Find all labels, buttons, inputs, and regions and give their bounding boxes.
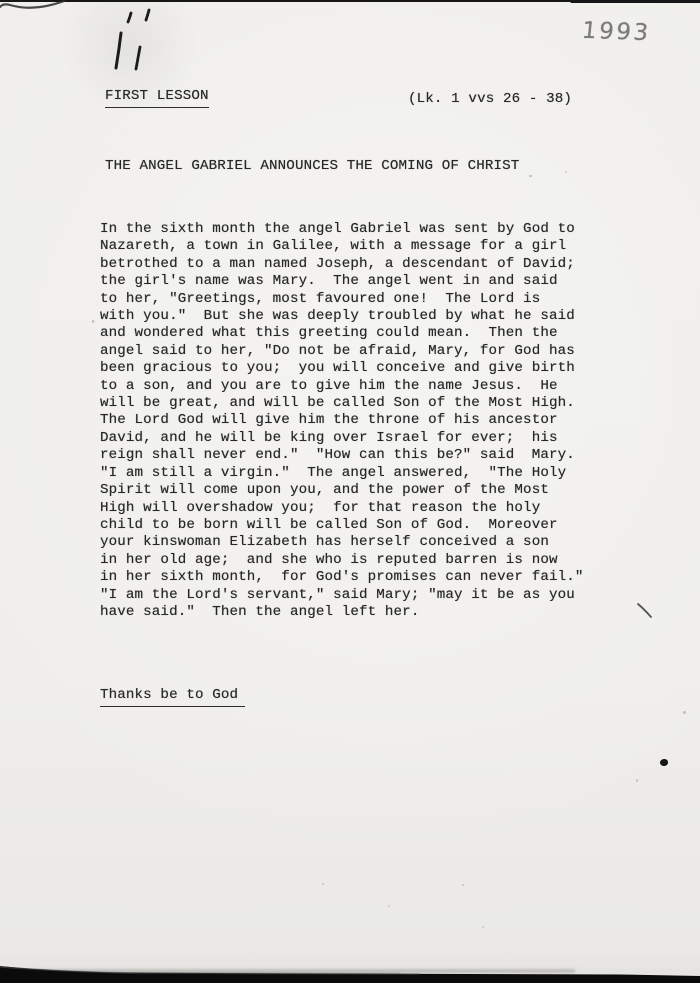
handwritten-year: 1993 bbox=[581, 18, 652, 46]
scan-speck bbox=[92, 320, 94, 323]
scan-speck bbox=[388, 905, 390, 907]
lesson-body: In the sixth month the angel Gabriel was… bbox=[100, 221, 584, 621]
reading-title: THE ANGEL GABRIEL ANNOUNCES THE COMING O… bbox=[105, 158, 519, 174]
scan-speck bbox=[565, 171, 567, 173]
closing-response: Thanks be to God bbox=[100, 687, 245, 707]
ink-blot bbox=[660, 759, 668, 766]
scan-speck bbox=[482, 926, 484, 928]
pen-slash-mark bbox=[630, 598, 660, 624]
scanned-document-page: 1993 FIRST LESSON (Lk. 1 vvs 26 - 38) TH… bbox=[0, 0, 700, 983]
scripture-reference: (Lk. 1 vvs 26 - 38) bbox=[408, 91, 572, 107]
scan-speck bbox=[529, 175, 532, 177]
scan-top-edge-right bbox=[570, 0, 700, 3]
scan-bottom-edge bbox=[0, 957, 700, 983]
pen-tick-marks bbox=[100, 5, 170, 80]
scan-speck bbox=[683, 711, 686, 714]
scan-speck bbox=[462, 884, 464, 886]
scan-speck bbox=[322, 883, 324, 885]
lesson-heading: FIRST LESSON bbox=[105, 88, 209, 108]
scan-speck bbox=[636, 779, 638, 782]
page-corner-fold-mark bbox=[0, 0, 90, 18]
